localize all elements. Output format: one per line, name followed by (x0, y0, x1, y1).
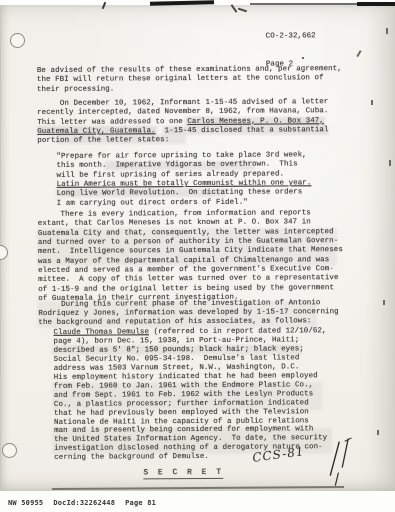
text-segment: "Prepare for air force uprising to take … (56, 151, 306, 179)
doc-id: DocId:32262448 (53, 499, 115, 507)
handwritten-marks (321, 435, 355, 487)
secret-classification-stamp: S E C R E T (143, 468, 223, 480)
scanned-document-page: CO-2-32,662 Page 2 Be advised of the res… (0, 0, 395, 512)
underlined-quote-line: Latin America must be totally Communist … (57, 179, 312, 189)
file-number: CO-2-32,662 (266, 32, 316, 42)
text-segment: (referred to in report dated 12/10/62, p… (53, 327, 327, 462)
quoted-letter-text: "Prepare for air force uprising to take … (56, 151, 346, 209)
nw-number: NW 50955 (8, 499, 43, 507)
underlined-subject-name: Claude Thomas Demulse (53, 328, 149, 337)
footer-page-number: Page 81 (125, 499, 156, 507)
paragraph-intercepted-letter: On December 10, 1962, Informant 1-15-45 … (37, 98, 367, 147)
paragraph-examinations: Be advised of the results of these exami… (37, 65, 367, 95)
paragraph-rodriquez-investigation: During this current phase of the investi… (38, 299, 368, 328)
paragraph-demulse-background: Claude Thomas Demulse (referred to in re… (53, 327, 354, 463)
paragraph-meneses-investigation: There is every indication, from informat… (38, 209, 369, 304)
document-text-layer: CO-2-32,662 Page 2 Be advised of the res… (0, 0, 395, 512)
scan-footer: NW 50955DocId:32262448Page 81 (8, 499, 166, 507)
